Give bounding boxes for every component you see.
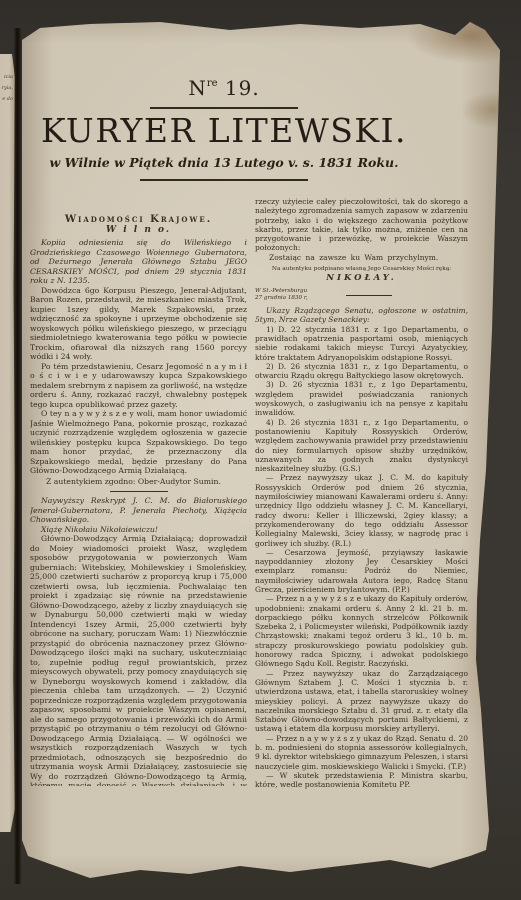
masthead: Nre 19. KURYER LITEWSKI. w Wilnie w Piąt… bbox=[19, 76, 429, 181]
edge-text-fragment: e do bbox=[2, 94, 13, 104]
issue-superscript: re bbox=[207, 78, 218, 89]
newspaper-title: KURYER LITEWSKI. bbox=[19, 111, 429, 150]
news-paragraph-senat: — Przez n a y w y ż s z y ukaz do Rząd. … bbox=[255, 734, 468, 771]
article-paragraph-o-tey: O tey n a y w y ż s z e y woli, mam hono… bbox=[30, 409, 247, 476]
date-place-block: W St.-Petersburgu 27 grudnia 1830 r, bbox=[255, 288, 468, 302]
news-paragraph-sztab: — Przez naywyższy ukaz do Zarządzaiącego… bbox=[255, 669, 468, 734]
attestation-line: Z autentykiem zgodno: Ober-Audytor Sumin… bbox=[30, 477, 247, 487]
article-paragraph-dowodzca: Dowódzca 6go Korpusu Pieszego, Jenerał-A… bbox=[30, 286, 247, 362]
masthead-dateline: w Wilnie w Piątek dnia 13 Lutego v. s. 1… bbox=[19, 155, 429, 170]
section-divider-rule bbox=[110, 491, 168, 492]
ukazy-intro: Ukazy Rządzącego Senatu, ogłoszone w ost… bbox=[255, 306, 468, 325]
masthead-rule-top bbox=[150, 107, 298, 109]
ukaz-item-2: 2) D. 26 stycznia 1831 r., z 1go Departa… bbox=[255, 362, 468, 381]
masthead-rule-bottom bbox=[140, 179, 308, 181]
binding-gutter-shadow bbox=[14, 28, 21, 884]
salutation-line: Xiążę Nikołaiu Nikołaiewiczu! bbox=[30, 525, 247, 535]
ukaz-item-4: 4) D. 26 stycznia 1831 r., z 1go Departa… bbox=[255, 418, 468, 474]
left-column: Wiadomości Krajowe. W i l n o. Kopiia od… bbox=[30, 214, 247, 786]
article-paragraph-po-tem: Po tém przedstawieniu, Cesarz Jegomość n… bbox=[30, 362, 247, 410]
news-paragraph-minister: — W skutek przedstawienia P. Ministra sk… bbox=[255, 771, 468, 790]
section-divider-rule bbox=[346, 295, 392, 296]
section-heading: Wiadomości Krajowe. bbox=[30, 214, 247, 225]
news-paragraph-kapituly2: — Przez n a y w y ż s z e ukazy do Kapit… bbox=[255, 594, 468, 668]
adjacent-page-edge: icia ryia, e do bbox=[0, 54, 15, 832]
edge-text-fragment: ryia, bbox=[2, 83, 13, 93]
closing-line: Zostaiąc na zawsze ku Wam przychylnym. bbox=[255, 253, 468, 262]
tsar-signature: NIKOŁAY. bbox=[255, 273, 468, 283]
article-paragraph-glowno: Główno-Dowodzący Armią Działaiącą; dopro… bbox=[30, 534, 247, 786]
scan-background: { "colors": { "background": "#3a3733", "… bbox=[0, 0, 521, 900]
issue-number: Nre 19. bbox=[19, 76, 429, 100]
news-paragraph-cesarzowa: — Cesarzowa Jeymość, przyiąwszy łaskawie… bbox=[255, 548, 468, 594]
ukaz-item-1: 1) D. 22 stycznia 1831 r. z 1go Departam… bbox=[255, 325, 468, 362]
article-paragraph-kopiia: Kopiia odniesienia się do Wileńskiego i … bbox=[30, 238, 247, 286]
article-paragraph-rzeczy: rzeczy użyiecie całey pieczołowitości, t… bbox=[255, 197, 468, 253]
reskrypt-heading: Naywyższy Reskrypt J. C. M. do Białorusk… bbox=[30, 496, 247, 525]
right-column: rzeczy użyiecie całey pieczołowitości, t… bbox=[255, 197, 468, 797]
place-heading: W i l n o. bbox=[30, 225, 247, 236]
ukaz-item-3: 3) D. 26 stycznia 1831 r., z 1go Departa… bbox=[255, 380, 468, 417]
edge-text-fragment: icia bbox=[4, 72, 13, 82]
date-place-lines: W St.-Petersburgu 27 grudnia 1830 r, bbox=[255, 288, 308, 302]
signature-attestation: Na autentyku podpisano własną Jego Cesar… bbox=[255, 265, 468, 273]
newspaper-page: Nre 19. KURYER LITEWSKI. w Wilnie w Piąt… bbox=[19, 18, 501, 884]
news-paragraph-kapituly: — Przez naywyższy ukaz J. C. M. do kapit… bbox=[255, 473, 468, 547]
